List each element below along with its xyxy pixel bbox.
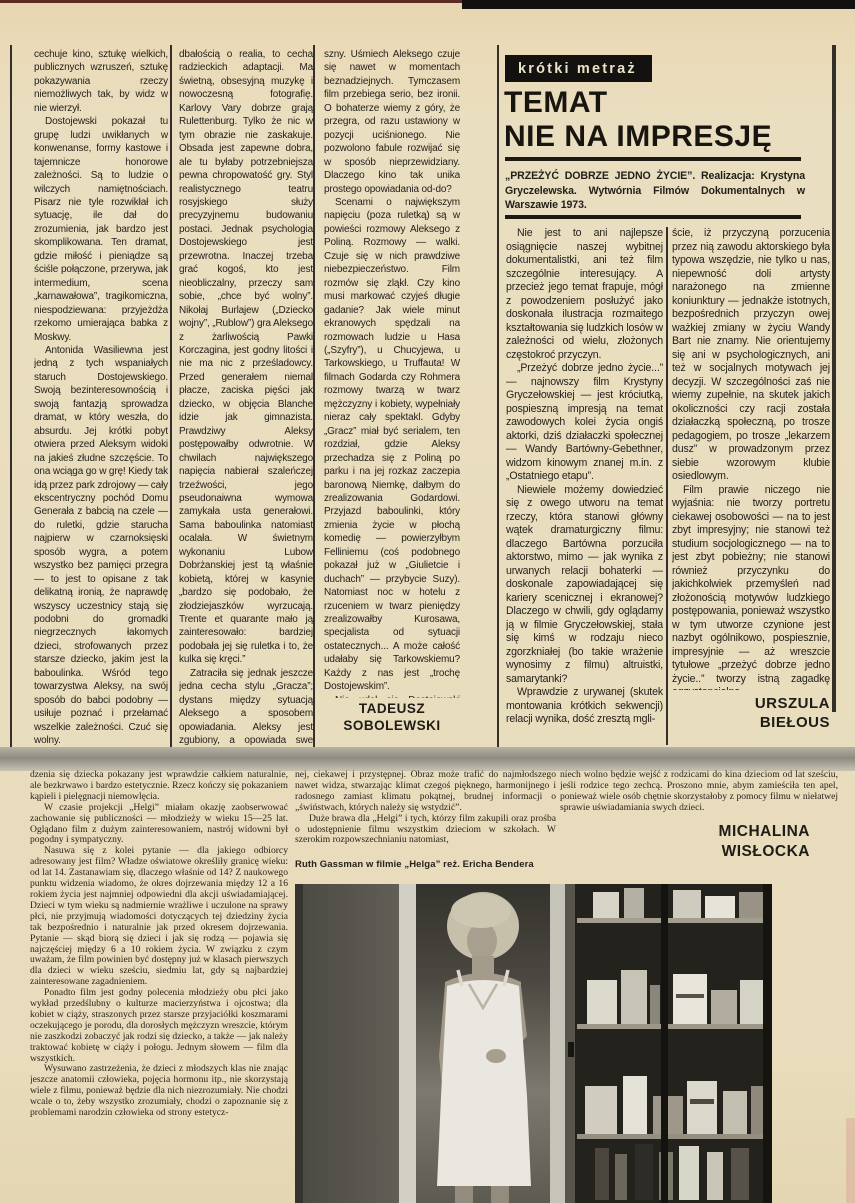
paragraph: Wprawdzie z urywanej (skutek montowania … [506,686,663,727]
paragraph: dbałością o realia, to cecha radzieckich… [179,48,313,667]
author-line: BIEŁOUS [672,713,830,732]
section-kicker-box: krótki metraż [505,55,652,82]
paragraph: „Przeżyć dobrze jedno życie...” — najnow… [506,362,663,484]
author-signature-sobolewski: TADEUSZ SOBOLEWSKI [324,700,460,734]
paragraph: Niewiele możemy dowiedzieć się z owego u… [506,484,663,687]
paragraph: szny. Uśmiech Aleksego czuje się nawet w… [324,48,460,196]
box-label-stripe [690,1099,714,1104]
paragraph: Nie udał się Dostojewski dotąd w pełni w… [324,694,460,698]
paragraph: ście, iż przyczyną porzucenia przez nią … [672,227,830,484]
cabinet-glass-frame [661,884,668,1203]
cabinet-glass-frame [763,884,772,1203]
paragraph: cechuje kino, sztukę wielkich, publiczny… [34,48,168,115]
medicine-bottle [615,1154,627,1200]
film-still-photo [295,884,772,1203]
medicine-cabinet [575,884,772,1203]
woman-slip-dress [437,980,531,1186]
section-kicker-label: krótki metraż [518,61,637,77]
article-title-line2: NIE NA IMPRESJĘ [504,120,834,154]
cabinet-handle [568,1042,574,1057]
paragraph: W czasie projekcji „Helgi” miałam okazję… [30,803,288,847]
medicine-bottle [731,1148,749,1200]
box-label-stripe [676,994,704,998]
article-title-line1: TEMAT [504,86,834,120]
medicine-box [585,1086,617,1134]
film-still-illustration [295,884,772,1203]
shelf [577,1134,772,1139]
article-title: TEMAT NIE NA IMPRESJĘ [504,86,834,154]
paragraph: Antonida Wasiliewna jest jedną z tych ws… [34,344,168,748]
door-frame-left [399,884,416,1203]
magazine-page: cechuje kino, sztukę wielkich, publiczny… [0,0,855,1203]
column-rule-4-5 [666,227,668,745]
shelf [577,1024,772,1029]
paragraph: dzenia się dziecka pokazany jest wprawdz… [30,770,288,803]
medicine-box [624,888,644,918]
woman-leg [455,1186,473,1203]
article-column-2: dbałością o realia, to cecha radzieckich… [179,48,313,762]
author-line: SOBOLEWSKI [324,717,460,734]
scan-smudge [846,1118,855,1203]
title-rule-bottom [505,215,801,219]
medicine-box [679,1146,699,1200]
paragraph: Film prawie niczego nie wyjaśnia: nie tw… [672,484,830,691]
medicine-box [740,980,766,1024]
medicine-box [739,892,763,918]
medicine-box [673,890,701,918]
article-column-1: cechuje kino, sztukę wielkich, publiczny… [34,48,168,762]
author-line: TADEUSZ [324,700,460,717]
paragraph: Dostojewski pokazał tu grupę ludzi uwikł… [34,115,168,344]
medicine-box [705,896,735,918]
column-rule-3-4 [497,45,499,763]
article-column-4: Nie jest to ani najlepsze osiągnięcie na… [506,227,663,745]
author-signature-wislocka: MICHALINA WISŁOCKA [610,822,810,861]
medicine-bottle [635,1144,653,1200]
medicine-box [711,990,737,1024]
paragraph: Scenami o największym napięciu (poza rul… [324,196,460,694]
woman-leg [491,1186,509,1203]
author-line: MICHALINA [610,822,810,842]
paragraph: niech wolno będzie wejść z rodzicami do … [560,770,838,814]
photo-caption: Ruth Gassman w filmie „Helga” reż. Erich… [295,859,725,870]
paragraph: Nasuwa się z kolei pytanie — dla jakiego… [30,846,288,988]
title-rule-top [505,157,801,161]
woman-hand [486,1049,506,1063]
article-column-3: szny. Uśmiech Aleksego czuje się nawet w… [324,48,460,698]
column-rule-page-left [10,45,12,763]
medicine-box [723,1091,747,1134]
author-line: URSZULA [672,694,830,713]
medicine-box [621,970,647,1024]
medicine-box [623,1076,647,1134]
shelf [577,918,772,923]
paragraph: Duże brawa dla „Helgi” i tych, którzy fi… [295,814,556,847]
bottom-column-3: niech wolno będzie wejść z rodzicami do … [560,770,838,828]
scan-edge-strip-left [0,0,468,3]
bottom-column-1: dzenia się dziecka pokazany jest wprawdz… [30,770,288,1142]
medicine-box [593,892,619,918]
medicine-bottle [707,1152,723,1200]
scan-edge-strip-right [462,0,855,9]
column-rule-2-3 [313,45,315,763]
medicine-box [587,980,617,1024]
paragraph: nej, ciekawej i przystępnej. Obraz może … [295,770,556,814]
door-frame-right [550,884,565,1203]
column-rule-1-2 [170,45,172,763]
paragraph: Ponadto film jest godny polecenia młodzi… [30,988,288,1064]
author-signature-bielous: URSZULA BIEŁOUS [672,694,830,732]
bottom-column-2: nej, ciekawej i przystępnej. Obraz może … [295,770,556,860]
medicine-bottle [595,1148,609,1200]
section-divider-bar [0,747,855,771]
photo-left-edge [295,884,303,1203]
woman-hair-fringe [451,894,511,928]
article-column-5: ście, iż przyczyną porzucenia przez nią … [672,227,830,690]
wall-left [303,884,399,1203]
film-credit-block: „PRZEŻYĆ DOBRZE JEDNO ŻYCIE”. Realizacja… [505,169,805,213]
medicine-box [687,1081,717,1134]
medicine-bottle [650,985,660,1024]
paragraph: Nie jest to ani najlepsze osiągnięcie na… [506,227,663,362]
medicine-box [673,974,707,1024]
paragraph: Wysuwano zastrzeżenia, że dzieci z młods… [30,1064,288,1119]
